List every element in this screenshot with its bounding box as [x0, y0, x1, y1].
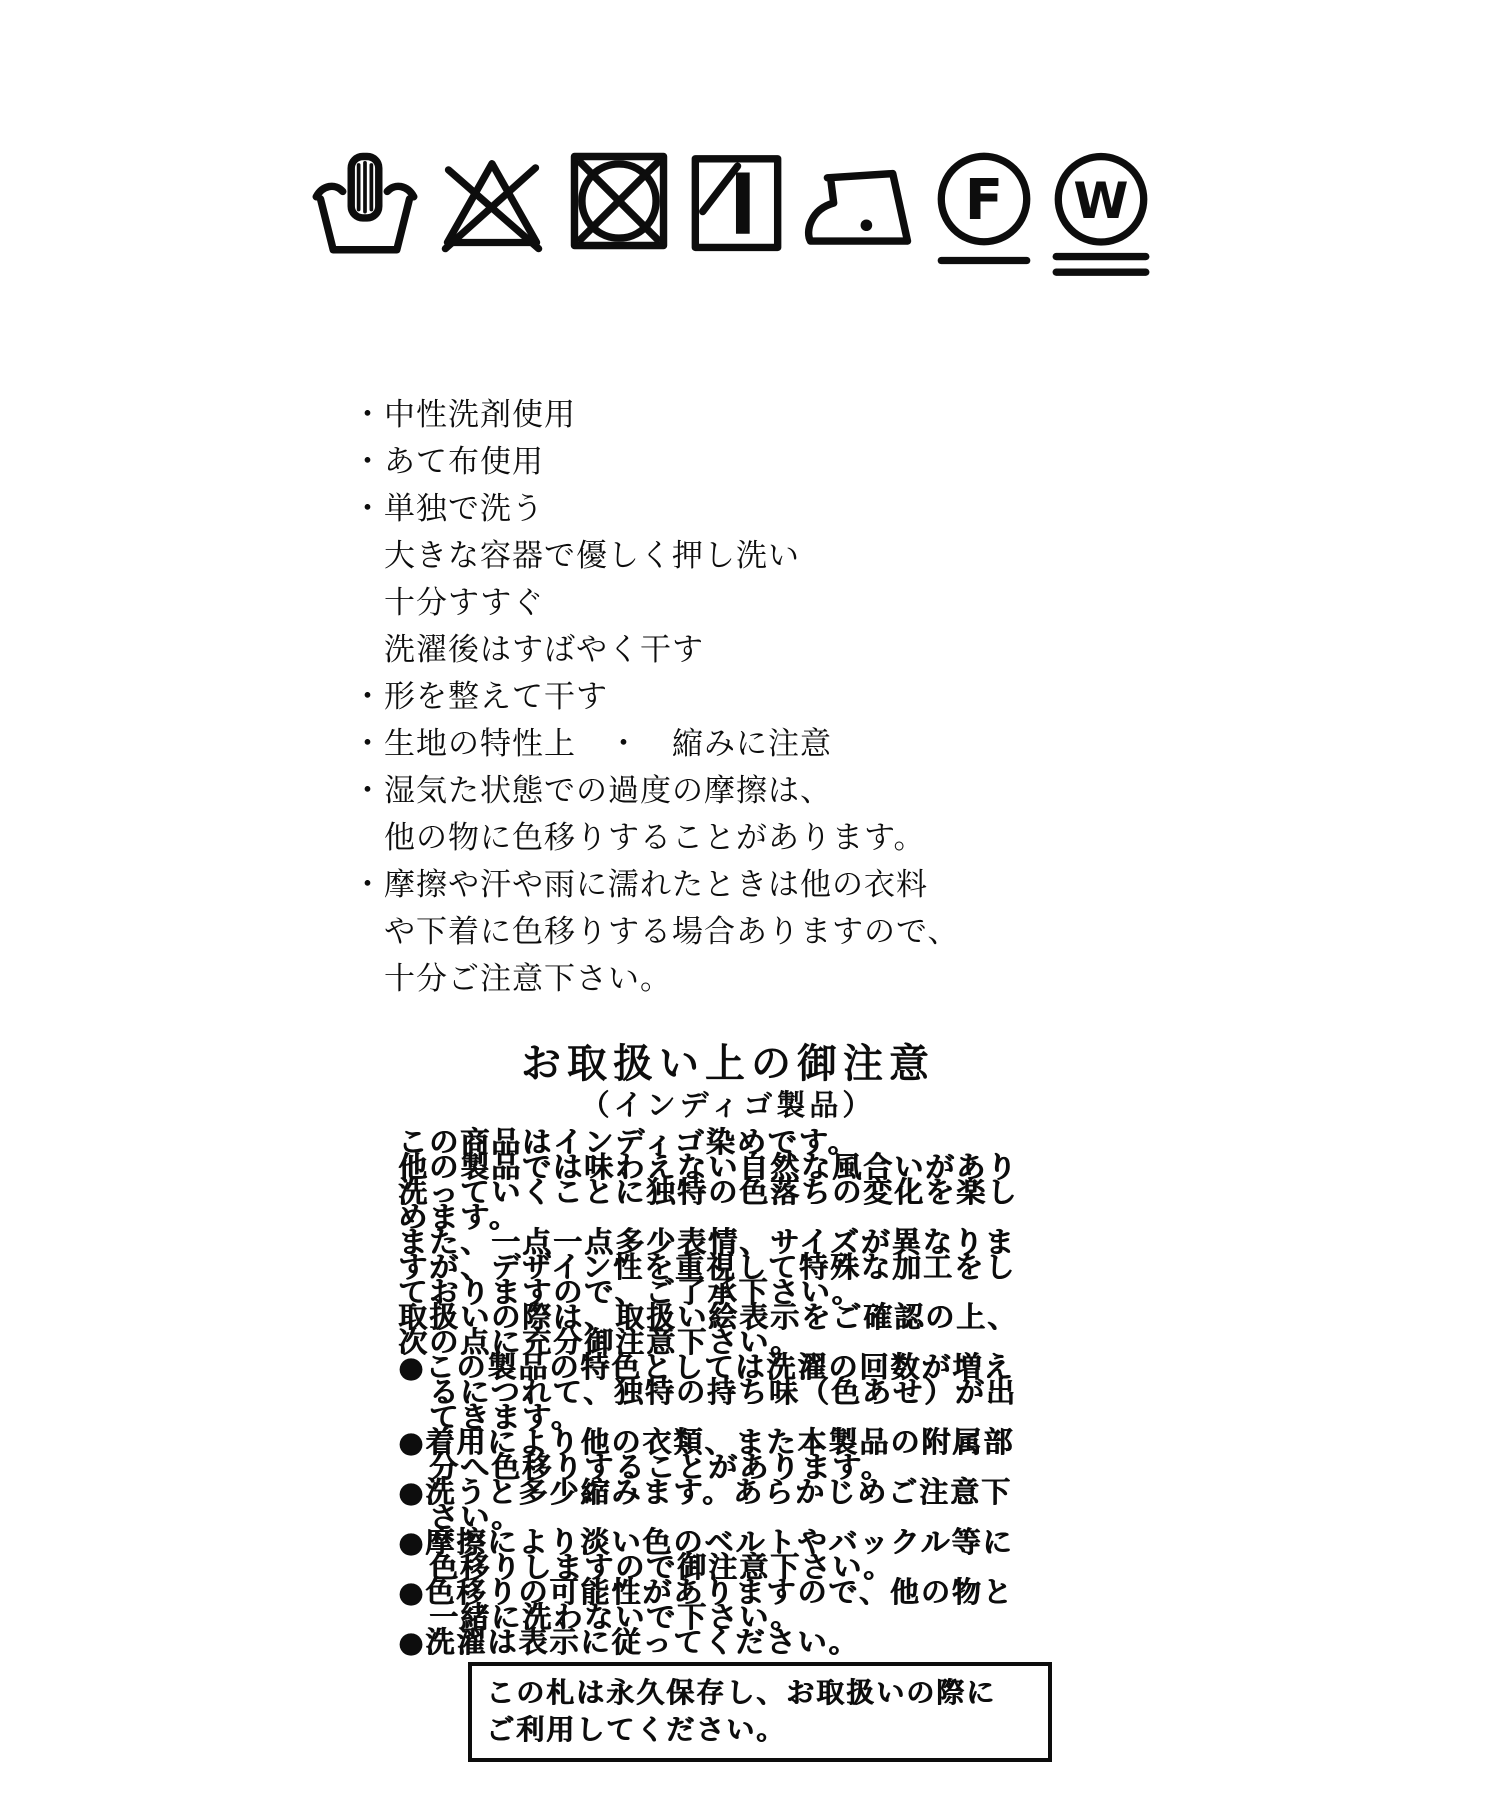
- dry-clean-f-icon: F: [934, 148, 1034, 273]
- wet-clean-letter: W: [1073, 172, 1128, 230]
- wash-instruction-line: ・摩擦や汗や雨に濡れたときは他の衣料: [352, 862, 959, 909]
- do-not-tumble-dry-icon: [566, 148, 672, 254]
- do-not-bleach-icon: [435, 148, 549, 254]
- wash-instruction-line: 十分ご注意下さい。: [352, 956, 959, 1003]
- keep-tag-note-line: ご利用してください。: [486, 1711, 1034, 1748]
- iron-one-dot-icon: [801, 148, 917, 254]
- wash-instruction-line: ・湿気た状態での過度の摩擦は、: [352, 768, 959, 815]
- care-symbols-row: F W: [312, 148, 1151, 286]
- wash-instruction-line: ・形を整えて干す: [352, 674, 959, 721]
- wash-instruction-line: 大きな容器で優しく押し洗い: [352, 533, 959, 580]
- wash-instruction-line: ・中性洗剤使用: [352, 392, 959, 439]
- wash-instruction-line: ・単独で洗う: [352, 486, 959, 533]
- wash-instruction-line: 十分すすぐ: [352, 580, 959, 627]
- notice-body-text: この商品はインディゴ染めです。他の製品では味わえない自然な風合いがあり洗っていく…: [398, 1130, 1058, 1655]
- handling-notice-section: お取扱い上の御注意 （インディゴ製品） この商品はインディゴ染めです。他の製品で…: [398, 1040, 1058, 1655]
- wash-instruction-line: ・生地の特性上 ・ 縮みに注意: [352, 721, 959, 768]
- care-label-sheet: F W ・中性洗剤使用・あて布使用・単独で洗う 大きな容器で優しく押し洗い 十分…: [0, 0, 1500, 1800]
- notice-subtitle: （インディゴ製品）: [398, 1088, 1058, 1122]
- hand-wash-icon: [312, 148, 418, 254]
- notice-title: お取扱い上の御注意: [398, 1040, 1058, 1088]
- keep-tag-note-box: この札は永久保存し、お取扱いの際にご利用してください。: [468, 1662, 1052, 1762]
- dry-clean-letter: F: [965, 168, 1003, 233]
- wash-instruction-line: や下着に色移りする場合ありますので、: [352, 909, 959, 956]
- shade-hang-dry-icon: [689, 148, 784, 254]
- keep-tag-note-line: この札は永久保存し、お取扱いの際に: [486, 1674, 1034, 1711]
- notice-body-line: ●洗濯は表示に従ってください。: [398, 1630, 1058, 1655]
- wash-instruction-line: 洗濯後はすばやく干す: [352, 627, 959, 674]
- wash-instruction-line: ・あて布使用: [352, 439, 959, 486]
- wet-clean-w-icon: W: [1051, 148, 1151, 286]
- wash-instruction-line: 他の物に色移りすることがあります。: [352, 815, 959, 862]
- wash-instructions-list: ・中性洗剤使用・あて布使用・単独で洗う 大きな容器で優しく押し洗い 十分すすぐ …: [352, 392, 959, 1003]
